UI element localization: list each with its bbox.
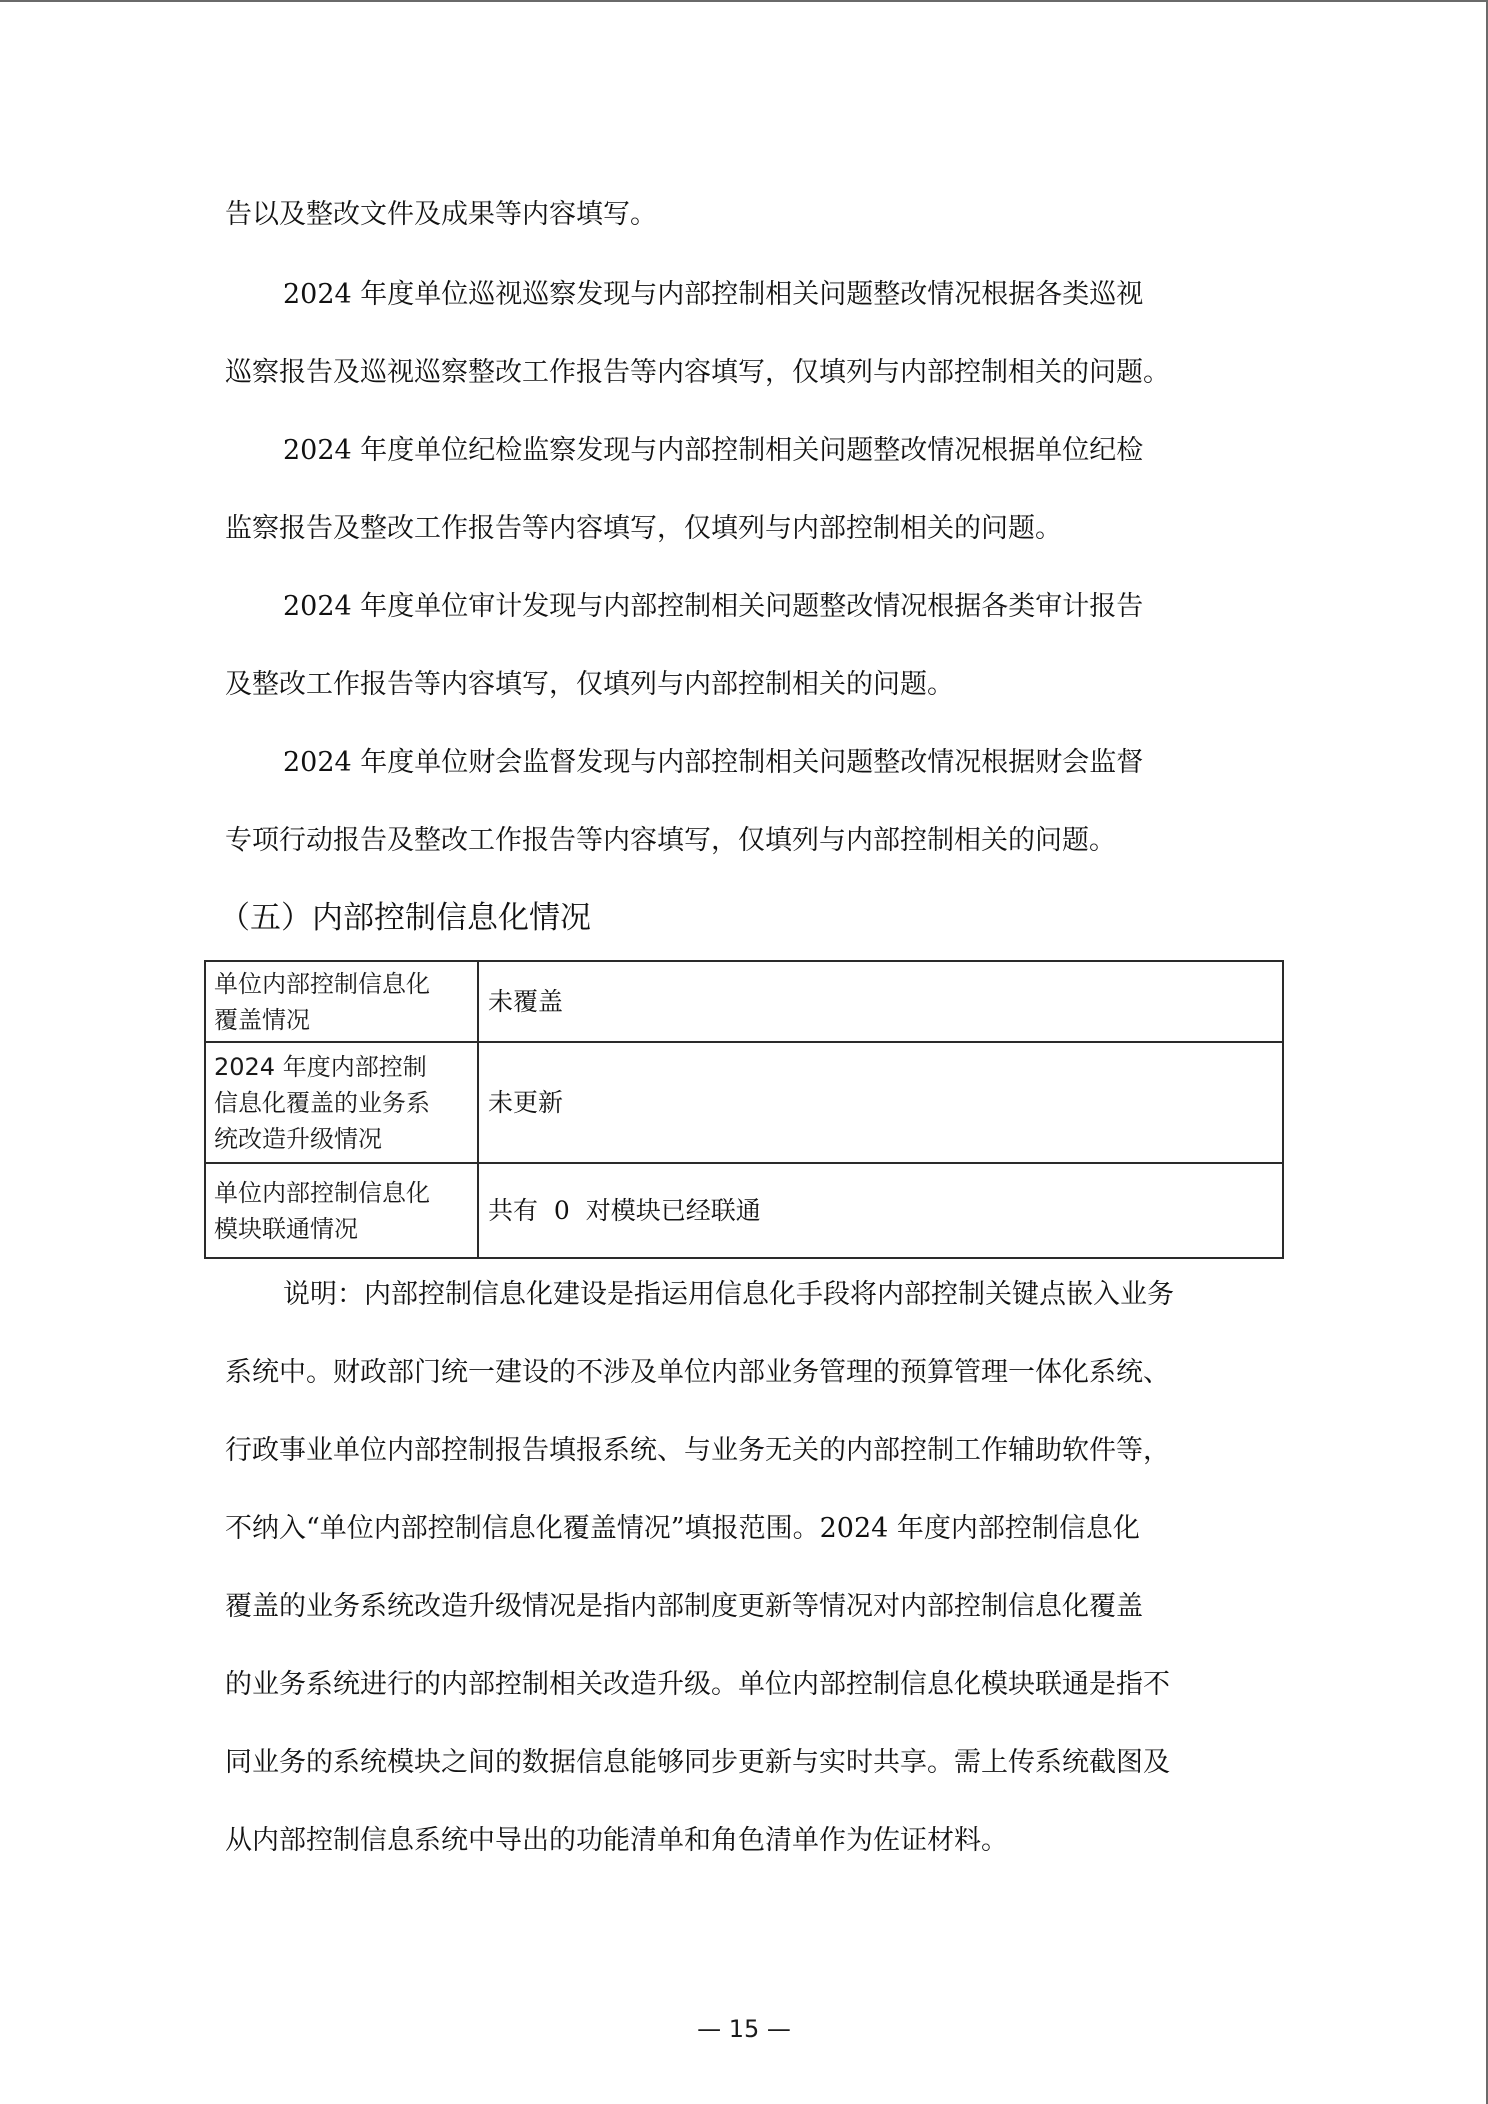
table-row-value: 未更新 <box>478 1042 1283 1163</box>
paragraph-line: 2024 年度单位审计发现与内部控制相关问题整改情况根据各类审计报告 <box>283 590 1143 624</box>
label-line: 信息化覆盖的业务系 <box>214 1085 469 1121</box>
table-row: 2024 年度内部控制 信息化覆盖的业务系 统改造升级情况 未更新 <box>205 1042 1283 1163</box>
info-table: 单位内部控制信息化 覆盖情况 未覆盖 2024 年度内部控制 信息化覆盖的业务系… <box>204 960 1284 1259</box>
paragraph-line: 告以及整改文件及成果等内容填写。 <box>225 198 657 232</box>
label-line: 单位内部控制信息化 <box>214 966 469 1002</box>
label-line: 2024 年度内部控制 <box>214 1049 469 1085</box>
note-line: 覆盖的业务系统改造升级情况是指内部制度更新等情况对内部控制信息化覆盖 <box>225 1590 1143 1624</box>
table-row-value: 共有 0 对模块已经联通 <box>478 1163 1283 1258</box>
table-row-label: 2024 年度内部控制 信息化覆盖的业务系 统改造升级情况 <box>205 1042 478 1163</box>
table-row: 单位内部控制信息化 覆盖情况 未覆盖 <box>205 961 1283 1042</box>
paragraph-line: 及整改工作报告等内容填写，仅填列与内部控制相关的问题。 <box>225 668 954 702</box>
note-line: 从内部控制信息系统中导出的功能清单和角色清单作为佐证材料。 <box>225 1824 1008 1858</box>
paragraph-line: 巡察报告及巡视巡察整改工作报告等内容填写，仅填列与内部控制相关的问题。 <box>225 356 1170 390</box>
note-line: 不纳入“单位内部控制信息化覆盖情况”填报范围。2024 年度内部控制信息化 <box>225 1512 1140 1546</box>
label-line: 统改造升级情况 <box>214 1121 469 1157</box>
paragraph-line: 2024 年度单位纪检监察发现与内部控制相关问题整改情况根据单位纪检 <box>283 434 1143 468</box>
paragraph-line: 2024 年度单位巡视巡察发现与内部控制相关问题整改情况根据各类巡视 <box>283 278 1143 312</box>
label-line: 模块联通情况 <box>214 1211 469 1247</box>
note-line: 同业务的系统模块之间的数据信息能够同步更新与实时共享。需上传系统截图及 <box>225 1746 1170 1780</box>
note-line: 行政事业单位内部控制报告填报系统、与业务无关的内部控制工作辅助软件等， <box>225 1434 1170 1468</box>
note-line: 的业务系统进行的内部控制相关改造升级。单位内部控制信息化模块联通是指不 <box>225 1668 1170 1702</box>
page-number: — 15 — <box>0 2014 1488 2044</box>
label-line: 单位内部控制信息化 <box>214 1175 469 1211</box>
table-row-label: 单位内部控制信息化 覆盖情况 <box>205 961 478 1042</box>
section-heading: （五）内部控制信息化情况 <box>219 898 591 938</box>
note-line: 说明：内部控制信息化建设是指运用信息化手段将内部控制关键点嵌入业务 <box>283 1278 1174 1312</box>
paragraph-line: 2024 年度单位财会监督发现与内部控制相关问题整改情况根据财会监督 <box>283 746 1143 780</box>
label-line: 覆盖情况 <box>214 1002 469 1038</box>
table-row-value: 未覆盖 <box>478 961 1283 1042</box>
table-row-label: 单位内部控制信息化 模块联通情况 <box>205 1163 478 1258</box>
paragraph-line: 监察报告及整改工作报告等内容填写，仅填列与内部控制相关的问题。 <box>225 512 1062 546</box>
table-row: 单位内部控制信息化 模块联通情况 共有 0 对模块已经联通 <box>205 1163 1283 1258</box>
paragraph-line: 专项行动报告及整改工作报告等内容填写，仅填列与内部控制相关的问题。 <box>225 824 1116 858</box>
note-line: 系统中。财政部门统一建设的不涉及单位内部业务管理的预算管理一体化系统、 <box>225 1356 1170 1390</box>
